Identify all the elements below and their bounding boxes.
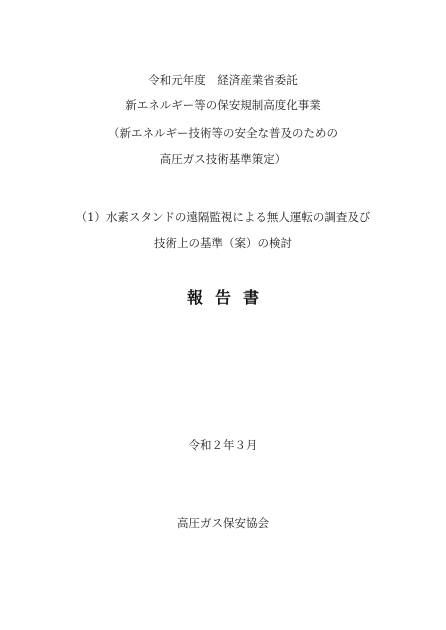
fiscal-year-commission-line: 令和元年度 経済産業省委託: [0, 73, 446, 87]
publisher-organization: 高圧ガス保安協会: [0, 516, 446, 530]
subject-line-1: （1）水素スタンドの遠隔監視による無人運転の調査及び: [0, 210, 446, 224]
document-cover-page: 令和元年度 経済産業省委託 新エネルギー等の保安規制高度化事業 （新エネルギー技…: [0, 0, 446, 630]
report-title: 報告書: [0, 289, 446, 307]
publication-date: 令和２年３月: [0, 438, 446, 452]
project-name-line: 新エネルギー等の保安規制高度化事業: [0, 98, 446, 112]
project-subtitle-line-2: 高圧ガス技術基準策定）: [0, 152, 446, 166]
subject-line-2: 技術上の基準（案）の検討: [0, 236, 446, 250]
project-subtitle-line-1: （新エネルギー技術等の安全な普及のための: [0, 126, 446, 140]
